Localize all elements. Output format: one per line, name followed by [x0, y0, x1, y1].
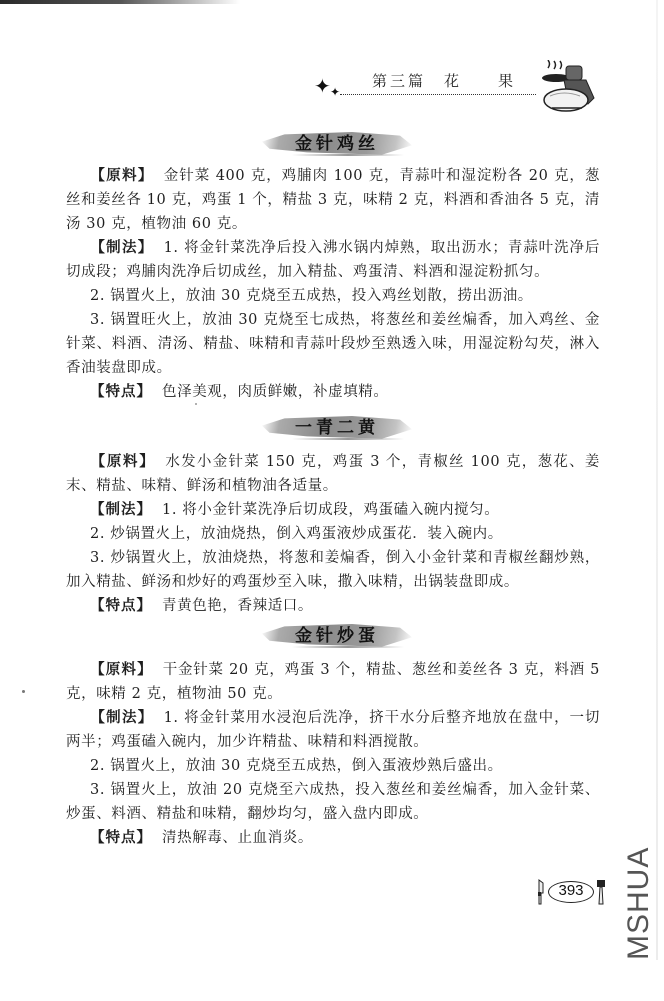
method-label: 【制法】: [90, 502, 152, 518]
method-label: 【制法】: [90, 240, 154, 256]
recipe-ingredients: 【原料】干金针菜 20 克，鸡蛋 3 个，精盐、葱丝和姜丝各 3 克，料酒 5 …: [66, 658, 600, 706]
sparkle-small-icon: ✦: [330, 86, 340, 98]
method-label: 【制法】: [90, 710, 154, 726]
method-step: 3. 锅置火上，放油 20 克烧至六成热，投入葱丝和姜丝煸香，加入金针菜、炒蛋、…: [66, 782, 600, 822]
recipe-method: 【制法】1. 将金针菜洗净后投入沸水锅内焯熟，取出沥水；青蒜叶洗净后切成段；鸡脯…: [66, 236, 600, 284]
features-label: 【特点】: [90, 598, 152, 614]
recipe-method: 【制法】1. 将小金针菜洗净后切成段，鸡蛋磕入碗内搅匀。: [66, 498, 600, 522]
method-step: 3. 炒锅置火上，放油烧热，将葱和姜煸香，倒入小金针菜和青椒丝翻炒熟，加入精盐、…: [66, 550, 600, 590]
page-edge: [656, 0, 658, 960]
recipe-features: 【特点】青黄色艳，香辣适口。: [66, 594, 600, 618]
ingredients-label: 【原料】: [90, 662, 153, 678]
features-text: 色泽美观，肉质鲜嫩，补虚填精。: [162, 384, 389, 400]
recipe-ingredients: 【原料】金针菜 400 克，鸡脯肉 100 克，青蒜叶和湿淀粉各 20 克，葱丝…: [66, 164, 600, 236]
method-step: 2. 锅置火上，放油 30 克烧至五成热，倒入蛋液炒熟后盛出。: [90, 758, 503, 774]
method-step: 3. 锅置旺火上，放油 30 克烧至七成热，将葱丝和姜丝煸香，加入鸡丝、金针菜、…: [66, 312, 600, 376]
recipe-features: 【特点】清热解毒、止血消炎。: [66, 826, 600, 850]
chapter-category-a: 花: [444, 72, 462, 90]
recipe-method-step: 2. 锅置火上，放油 30 克烧至五成热，倒入蛋液炒熟后盛出。: [66, 754, 600, 778]
recipe-method: 【制法】1. 将金针菜用水浸泡后洗净，挤干水分后整齐地放在盘中，一切两半；鸡蛋磕…: [66, 706, 600, 754]
scan-edge-shadow: [0, 0, 240, 4]
recipe-ingredients: 【原料】水发小金针菜 150 克，鸡蛋 3 个，青椒丝 100 克，葱花、姜末、…: [66, 450, 600, 498]
recipe-title: 一青二黄: [262, 416, 412, 440]
recipe-method-step: 3. 锅置旺火上，放油 30 克烧至七成热，将葱丝和姜丝煸香，加入鸡丝、金针菜、…: [66, 308, 600, 380]
page-number: 393: [548, 882, 594, 900]
features-label: 【特点】: [90, 830, 152, 846]
method-step: 1. 将小金针菜洗净后切成段，鸡蛋磕入碗内搅匀。: [162, 502, 499, 518]
scan-speck: [22, 690, 25, 693]
features-label: 【特点】: [90, 384, 152, 400]
recipe-title: 金针鸡丝: [262, 132, 412, 156]
chapter-part: 第三篇: [372, 72, 426, 90]
ingredients-label: 【原料】: [90, 168, 154, 184]
recipe-method-step: 2. 锅置火上，放油 30 克烧至五成热，投入鸡丝划散，捞出沥油。: [66, 284, 600, 308]
method-step: 2. 炒锅置火上，放油烧热，倒入鸡蛋液炒成蛋花．装入碗内。: [90, 526, 503, 542]
recipe-method-step: 2. 炒锅置火上，放油烧热，倒入鸡蛋液炒成蛋花．装入碗内。: [66, 522, 600, 546]
features-text: 青黄色艳，香辣适口。: [162, 598, 313, 614]
recipe-title-banner: 金针鸡丝: [262, 128, 422, 158]
scan-speck: [195, 403, 197, 405]
chapter-category-b: 果: [498, 72, 516, 90]
recipe-title: 金针炒蛋: [262, 624, 412, 648]
watermark: MSHUA: [622, 847, 656, 960]
chef-illustration-icon: [538, 60, 602, 116]
knife-icon: [536, 879, 546, 905]
recipe-title-banner: 金针炒蛋: [262, 620, 422, 650]
page-number-badge: 393: [536, 879, 610, 905]
recipe-title-banner: 一青二黄: [262, 412, 422, 442]
features-text: 清热解毒、止血消炎。: [162, 830, 313, 846]
fork-icon: [596, 879, 606, 905]
header-dotted-rule: [340, 94, 536, 95]
recipe-features: 【特点】色泽美观，肉质鲜嫩，补虚填精。: [66, 380, 600, 404]
method-step: 2. 锅置火上，放油 30 克烧至五成热，投入鸡丝划散，捞出沥油。: [90, 288, 533, 304]
recipe-method-step: 3. 锅置火上，放油 20 克烧至六成热，投入葱丝和姜丝煸香，加入金针菜、炒蛋、…: [66, 778, 600, 826]
sparkle-icon: ✦: [314, 76, 331, 96]
ingredients-label: 【原料】: [90, 454, 155, 470]
chapter-title: 第三篇花果: [372, 70, 516, 91]
running-header: ✦ ✦ 第三篇花果: [300, 60, 600, 120]
recipe-method-step: 3. 炒锅置火上，放油烧热，将葱和姜煸香，倒入小金针菜和青椒丝翻炒熟，加入精盐、…: [66, 546, 600, 594]
